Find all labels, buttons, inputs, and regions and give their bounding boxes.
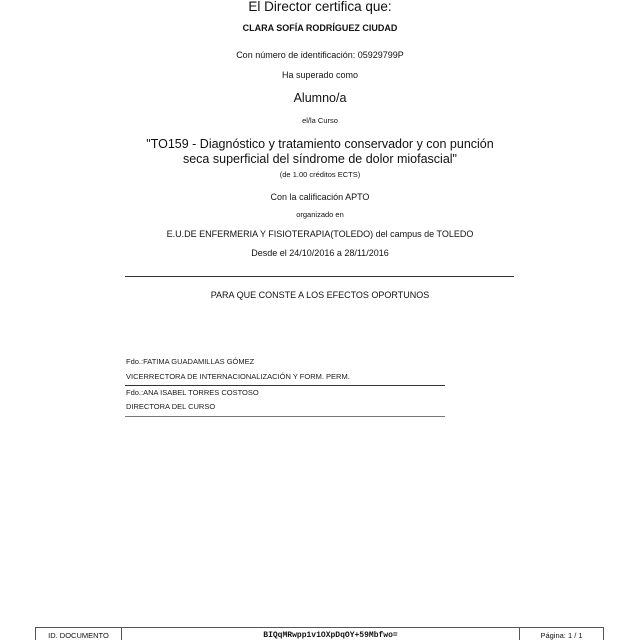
closing-statement: PARA QUE CONSTE A LOS EFECTOS OPORTUNOS (0, 290, 640, 300)
document-footer: ID. DOCUMENTO BIQqMRwpp1v1OXpDqOY+59Mbfw… (35, 627, 604, 640)
course-grade: Con la calificación APTO (0, 192, 640, 202)
signature-2-position: DIRECTORA DEL CURSO (126, 402, 215, 411)
course-title: "TO159 - Diagnóstico y tratamiento conse… (0, 137, 640, 166)
signature-2-line (125, 416, 445, 417)
organizer: E.U.DE ENFERMERIA Y FISIOTERAPIA(TOLEDO)… (0, 229, 640, 239)
signature-1-line (125, 385, 445, 386)
recipient-name: CLARA SOFÍA RODRÍGUEZ CIUDAD (0, 23, 640, 33)
document-id-label: ID. DOCUMENTO (36, 628, 122, 640)
signature-2-name: Fdo.:ANA ISABEL TORRES COSTOSO (126, 388, 259, 397)
course-dates: Desde el 24/10/2016 a 28/11/2016 (0, 248, 640, 258)
organized-label: organizado en (0, 210, 640, 219)
page-number: Página: 1 / 1 (520, 628, 603, 640)
course-title-line-1: "TO159 - Diagnóstico y tratamiento conse… (0, 137, 640, 152)
passed-as-label: Ha superado como (0, 70, 640, 80)
document-id-value: BIQqMRwpp1v1OXpDqOY+59Mbfwo= (122, 628, 520, 640)
divider-line (125, 276, 514, 277)
certificate-heading: El Director certifica que: (0, 0, 640, 14)
course-credits: (de 1.00 créditos ECTS) (0, 170, 640, 179)
course-title-line-2: seca superficial del síndrome de dolor m… (0, 152, 640, 167)
signature-1-name: Fdo.:FATIMA GUADAMILLAS GÓMEZ (126, 357, 254, 366)
course-label: el/la Curso (0, 116, 640, 125)
recipient-role: Alumno/a (0, 91, 640, 105)
signature-1-position: VICERRECTORA DE INTERNACIONALIZACIÓN Y F… (126, 372, 350, 381)
identification-number: Con número de identificación: 05929799P (0, 50, 640, 60)
